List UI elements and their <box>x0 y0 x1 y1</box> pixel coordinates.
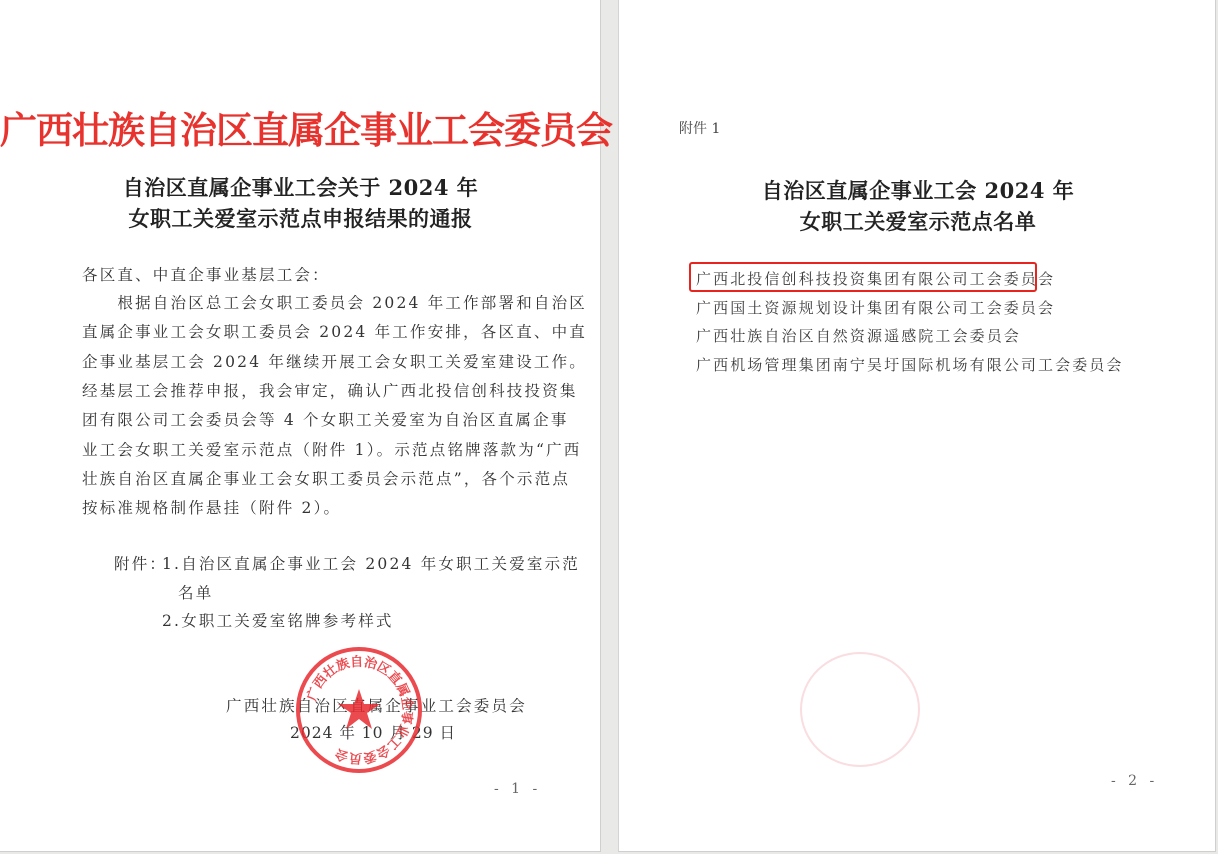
official-seal: 广西壮族自治区直属企事业工会委员会 <box>296 647 422 773</box>
attachment-item-1-cont: 名单 <box>178 581 213 603</box>
list-item: 广西国土资源规划设计集团有限公司工会委员会 <box>696 297 1055 318</box>
body-line: 按标准规格制作悬挂（附件 2）。 <box>82 496 341 518</box>
letterhead: 广西壮族自治区直属企事业工会委员会 <box>0 100 601 154</box>
seal-star-icon: 广西壮族自治区直属企事业工会委员会 <box>300 651 418 769</box>
title-line-2: 女职工关爱室示范点申报结果的通报 <box>0 203 601 233</box>
page-number: - 2 - <box>1111 773 1158 789</box>
list-item: 广西机场管理集团南宁吴圩国际机场有限公司工会委员会 <box>696 354 1124 375</box>
salutation: 各区直、中直企事业基层工会： <box>82 263 330 285</box>
body-line: 根据自治区总工会女职工委员会 2024 年工作部署和自治区 <box>82 291 587 313</box>
attachments-label: 附件： <box>114 552 167 574</box>
attachment-item-1: 1.自治区直属企事业工会 2024 年女职工关爱室示范 <box>162 552 580 574</box>
list-title-line-2: 女职工关爱室示范点名单 <box>619 206 1217 236</box>
body-line: 壮族自治区直属企事业工会女职工委员会示范点”，各个示范点 <box>82 467 570 489</box>
faint-seal-bleed <box>800 652 920 767</box>
page-number: - 1 - <box>494 781 541 797</box>
document-page-2: 附件 1 自治区直属企事业工会 2024 年 女职工关爱室示范点名单 - 2 - <box>618 0 1216 852</box>
body-line: 企事业基层工会 2024 年继续开展工会女职工关爱室建设工作。 <box>82 350 587 372</box>
attachment-label: 附件 1 <box>679 118 720 138</box>
body-line: 直属企事业工会女职工委员会 2024 年工作安排，各区直、中直 <box>82 320 587 342</box>
list-item: 广西壮族自治区自然资源遥感院工会委员会 <box>696 325 1021 346</box>
body-line: 业工会女职工关爱室示范点（附件 1）。示范点铭牌落款为“广西 <box>82 438 581 460</box>
attachment-item-2: 2.女职工关爱室铭牌参考样式 <box>162 609 394 631</box>
body-line: 团有限公司工会委员会等 4 个女职工关爱室为自治区直属企事 <box>82 408 569 430</box>
list-title-line-1: 自治区直属企事业工会 2024 年 <box>619 175 1217 205</box>
list-item: 广西北投信创科技投资集团有限公司工会委员会 <box>696 268 1055 289</box>
document-page-1: 广西壮族自治区直属企事业工会委员会 自治区直属企事业工会关于 2024 年 女职… <box>0 0 601 852</box>
body-line: 经基层工会推荐申报，我会审定，确认广西北投信创科技投资集 <box>82 379 578 401</box>
title-line-1: 自治区直属企事业工会关于 2024 年 <box>0 172 601 202</box>
